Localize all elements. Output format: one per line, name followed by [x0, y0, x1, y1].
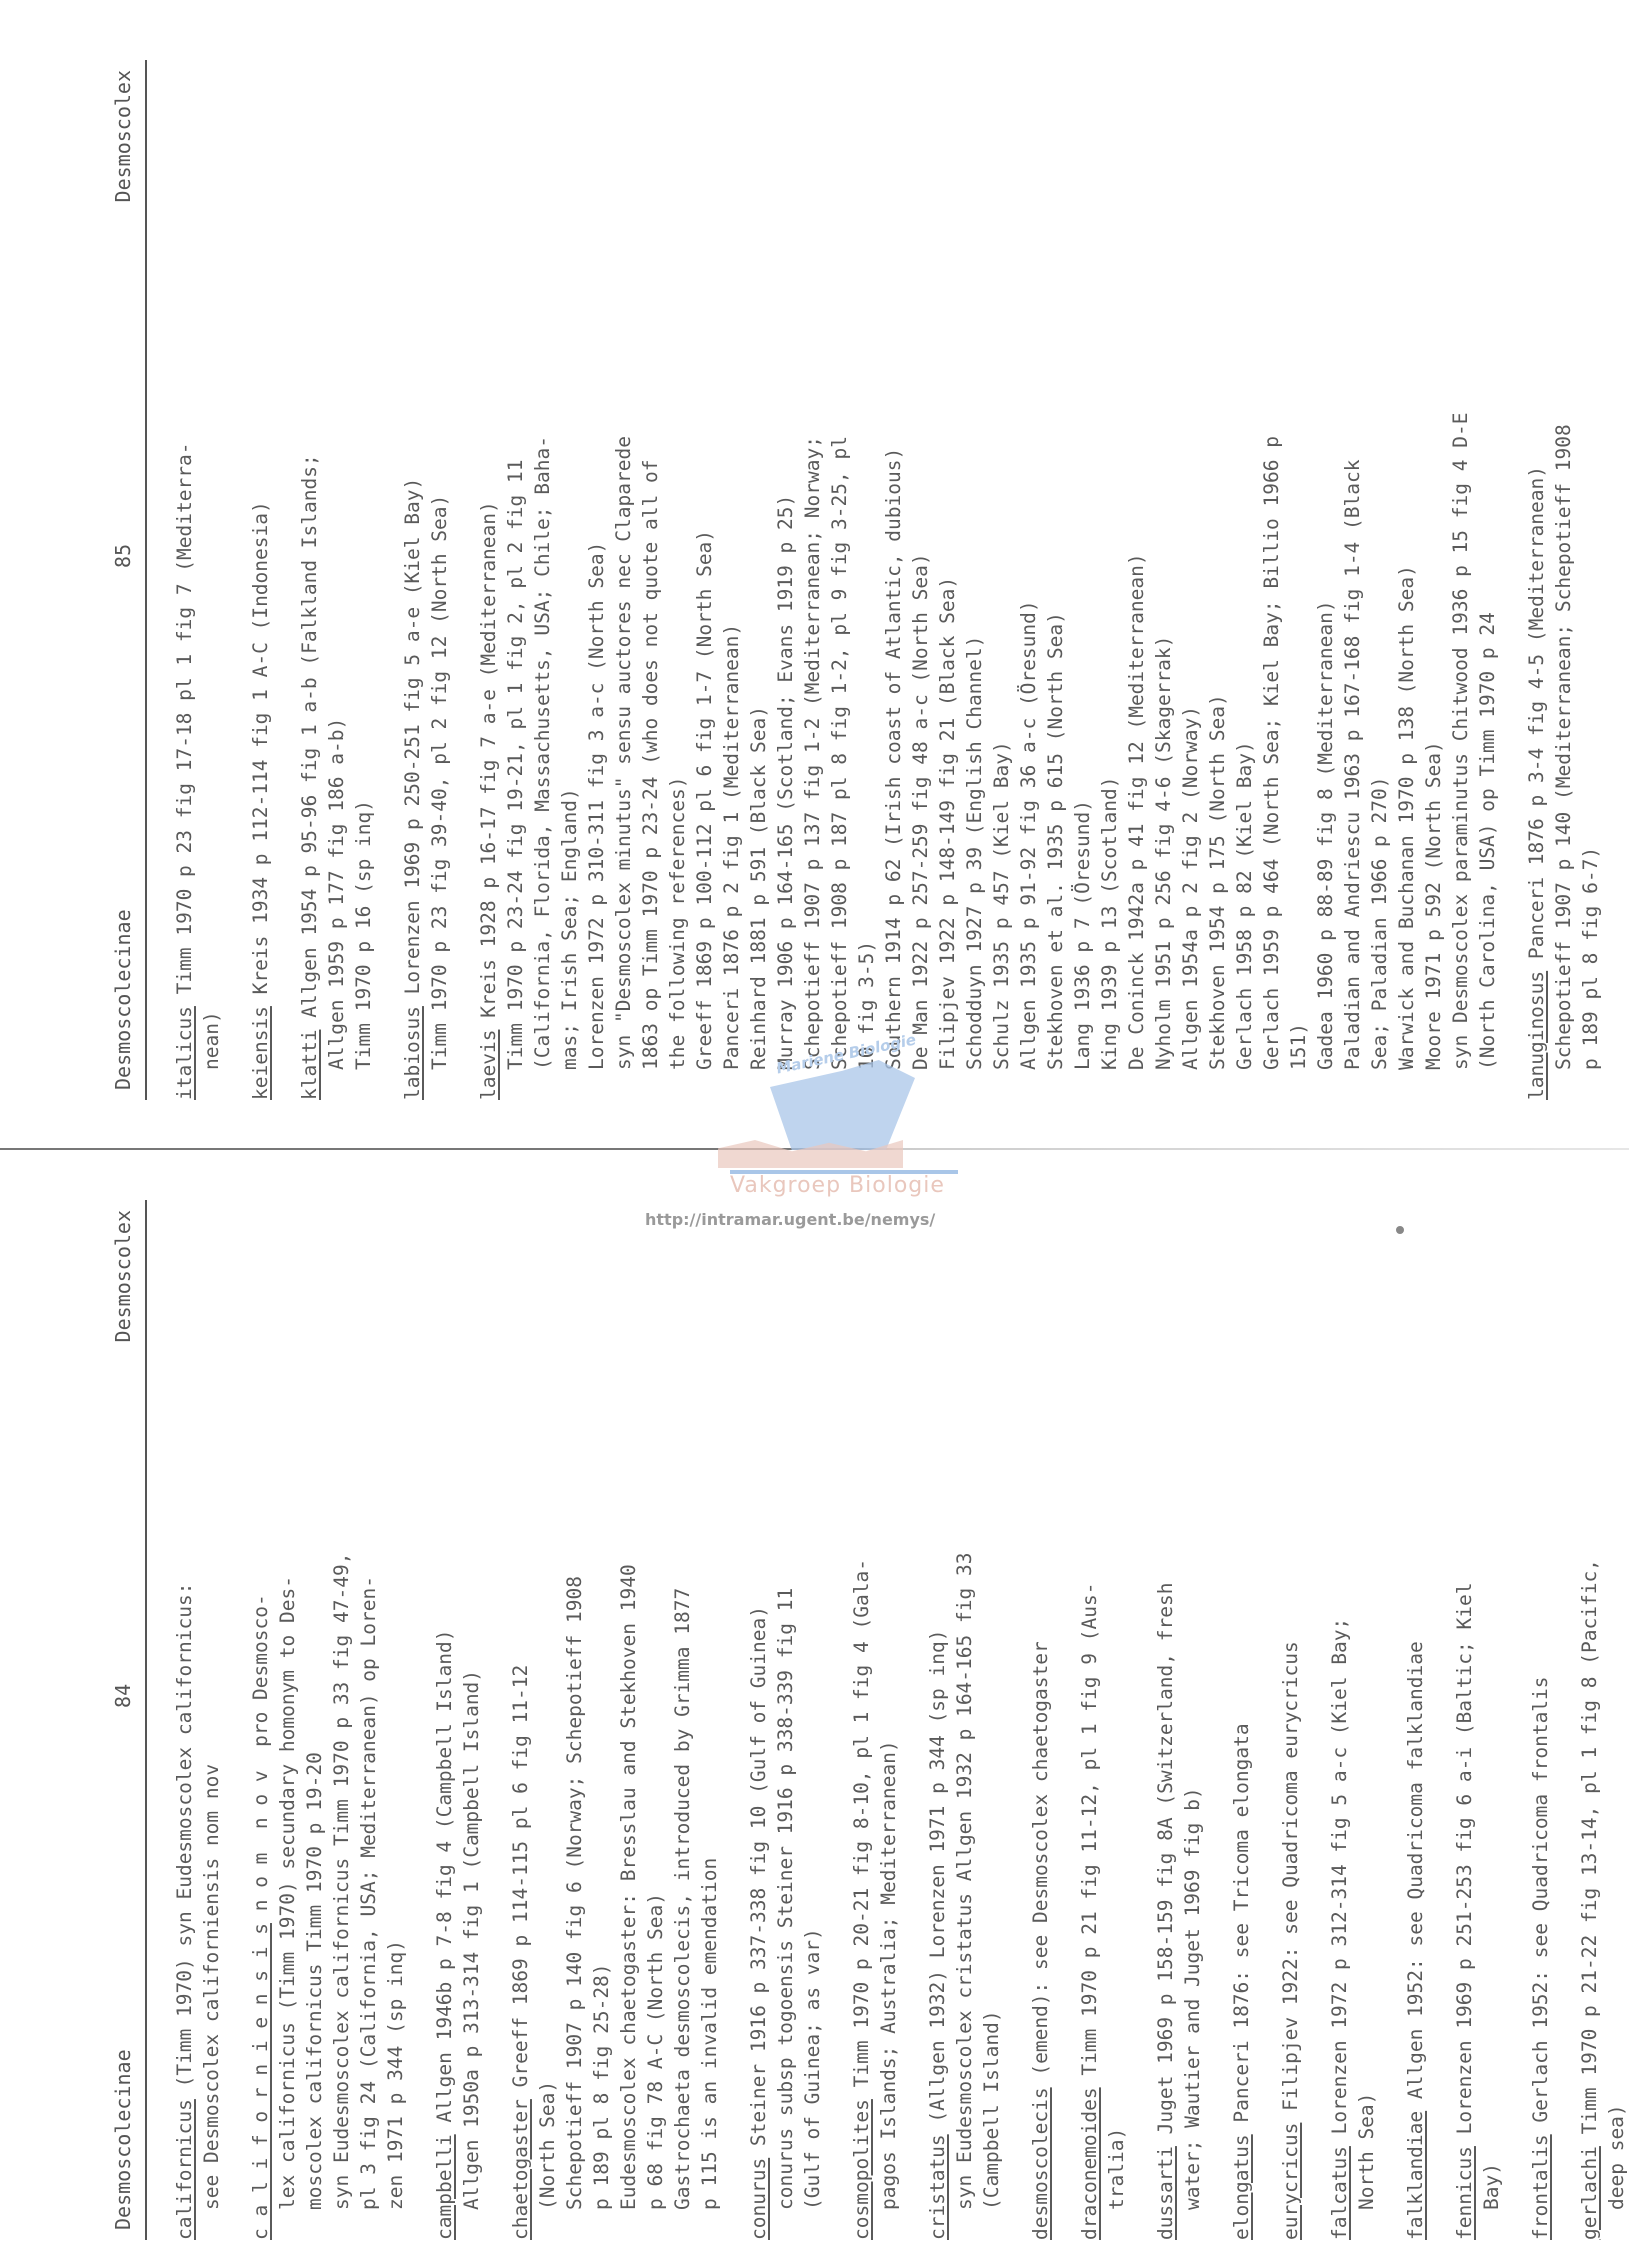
entry-continuation-line: p 189 pl 8 fig 6-7)	[1577, 60, 1604, 1100]
species-name: italicus	[173, 1006, 196, 1100]
entry-continuation-line: Gerlach 1958 p 82 (Kiel Bay)	[1231, 60, 1258, 1100]
species-name: cristatus	[926, 2134, 949, 2240]
watermark-subtitle: Vakgroep Biologie	[730, 1173, 958, 1198]
species-name: campbelli	[433, 2134, 456, 2240]
entry-continuation-line: Allgen 1954a p 2 fig 2 (Norway)	[1177, 60, 1204, 1100]
entry-continuation-line: the following references)	[664, 60, 691, 1100]
species-name: dussarti	[1154, 2146, 1177, 2240]
species-list: italicus Timm 1970 p 23 fig 17-18 pl 1 f…	[171, 60, 1604, 1100]
species-entry: frontalis Gerlach 1952: see Quadricoma f…	[1527, 1200, 1554, 2240]
entry-first-line: elongatus Panceri 1876: see Tricoma elon…	[1228, 1200, 1255, 2240]
entry-continuation-line: Reinhard 1881 p 591 (Black Sea)	[745, 60, 772, 1100]
species-entry: desmoscolecis (emend): see Desmoscolex c…	[1027, 1200, 1054, 2240]
species-entry: falcatus Lorenzen 1972 p 312-314 fig 5 a…	[1326, 1200, 1380, 2240]
entry-continuation-line: (North Sea)	[534, 1200, 561, 2240]
species-name: klatti	[298, 1030, 321, 1100]
entry-continuation-line: Eudesmoscolex chaetogaster: Bresslau and…	[615, 1200, 642, 2240]
watermark-url: http://intramar.ugent.be/nemys/	[645, 1210, 935, 1229]
entry-continuation-line: Schepotieff 1907 p 137 fig 1-2 (Mediterr…	[799, 60, 826, 1100]
species-entry: fennicus Lorenzen 1969 p 251-253 fig 6 a…	[1451, 1200, 1505, 2240]
entry-continuation-line: deep sea)	[1603, 1200, 1629, 2240]
species-name: c a l i f o r n i e n s i s	[249, 1923, 272, 2240]
entry-first-line: lanuginosus Panceri 1876 p 3-4 fig 4-5 (…	[1523, 60, 1550, 1100]
species-entry: eurycricus Filipjev 1922: see Quadricoma…	[1277, 1200, 1304, 2240]
species-entry: laevis Kreis 1928 p 16-17 fig 7 a-e (Med…	[475, 60, 1501, 1100]
entry-continuation-line: (California, Florida, Massachusetts, USA…	[529, 60, 556, 1100]
entry-continuation-line: Allgen 1950a p 313-314 fig 1 (Campbell I…	[458, 1200, 485, 2240]
entry-continuation-line: Stekhoven et al. 1935 p 615 (North Sea)	[1042, 60, 1069, 1100]
species-entry: draconemoides Timm 1970 p 21 fig 11-12, …	[1076, 1200, 1130, 2240]
entry-continuation-line: North Sea)	[1353, 1200, 1380, 2240]
species-entry: cristatus (Allgen 1932) Lorenzen 1971 p …	[924, 1200, 1005, 2240]
entry-continuation-line: p 189 pl 8 fig 25-28)	[588, 1200, 615, 2240]
entry-first-line: klatti Allgen 1954 p 95-96 fig 1 a-b (Fa…	[296, 60, 323, 1100]
entry-first-line: c a l i f o r n i e n s i s n o m n o v …	[247, 1200, 274, 2240]
entry-continuation-line: (North Carolina, USA) op Timm 1970 p 24	[1474, 60, 1501, 1100]
species-entry: californicus (Timm 1970) syn Eudesmoscol…	[171, 1200, 225, 2240]
species-name: frontalis	[1529, 2134, 1552, 2240]
entry-first-line: desmoscolecis (emend): see Desmoscolex c…	[1027, 1200, 1054, 2240]
species-entry: chaetogaster Greeff 1869 p 114-115 pl 6 …	[507, 1200, 723, 2240]
entry-first-line: cristatus (Allgen 1932) Lorenzen 1971 p …	[924, 1200, 951, 2240]
entry-continuation-line: King 1939 p 13 (Scotland)	[1096, 60, 1123, 1100]
entry-first-line: cosmopolites Timm 1970 p 20-21 fig 8-10,…	[848, 1200, 875, 2240]
entry-continuation-line: nean)	[198, 60, 225, 1100]
species-name: californicus	[173, 2099, 196, 2240]
species-entry: labiosus Lorenzen 1969 p 250-251 fig 5 a…	[399, 60, 453, 1100]
species-name: laevis	[477, 1030, 500, 1100]
entry-continuation-line: Sea; Paladian 1966 p 270)	[1366, 60, 1393, 1100]
species-entry: elongatus Panceri 1876: see Tricoma elon…	[1228, 1200, 1255, 2240]
entry-first-line: chaetogaster Greeff 1869 p 114-115 pl 6 …	[507, 1200, 534, 2240]
entry-first-line: italicus Timm 1970 p 23 fig 17-18 pl 1 f…	[171, 60, 198, 1100]
species-entry: italicus Timm 1970 p 23 fig 17-18 pl 1 f…	[171, 60, 225, 1100]
species-entry: dussarti Juget 1969 p 158-159 fig 8A (Sw…	[1152, 1200, 1206, 2240]
species-name: keiensis	[249, 1006, 272, 1100]
entry-continuation-line: Schulz 1935 p 457 (Kiel Bay)	[988, 60, 1015, 1100]
running-header: Desmoscolecinae 84 Desmoscolex	[110, 1200, 145, 2240]
entry-continuation-line: Stekhoven 1954 p 175 (North Sea)	[1204, 60, 1231, 1100]
species-name: falcatus	[1328, 2146, 1351, 2240]
entry-continuation-line: pagos Islands; Australia; Mediterranean)	[875, 1200, 902, 2240]
entry-continuation-line: Lorenzen 1972 p 310-311 fig 3 a-c (North…	[583, 60, 610, 1100]
entry-continuation-line: Murray 1906 p 164-165 (Scotland; Evans 1…	[772, 60, 799, 1100]
entry-continuation-line: Allgen 1959 p 177 fig 186 a-b)	[323, 60, 350, 1100]
entry-first-line: laevis Kreis 1928 p 16-17 fig 7 a-e (Med…	[475, 60, 502, 1100]
entry-continuation-line: Moore 1971 p 592 (North Sea)	[1420, 60, 1447, 1100]
entry-continuation-line: tralia)	[1103, 1200, 1130, 2240]
species-name: draconemoides	[1078, 2087, 1101, 2240]
entry-first-line: falklandiae Allgen 1952: see Quadricoma …	[1402, 1200, 1429, 2240]
species-entry: c a l i f o r n i e n s i s n o m n o v …	[247, 1200, 409, 2240]
species-name: conurus	[747, 2158, 770, 2240]
species-name: elongatus	[1230, 2134, 1253, 2240]
header-rule	[145, 60, 147, 1100]
entry-first-line: conurus Steiner 1916 p 337-338 fig 10 (G…	[745, 1200, 772, 2240]
species-entry: cosmopolites Timm 1970 p 20-21 fig 8-10,…	[848, 1200, 902, 2240]
scan-speck	[1396, 1226, 1404, 1234]
header-genus: Desmoscolex	[110, 1210, 137, 1342]
entry-continuation-line: Bay)	[1478, 1200, 1505, 2240]
species-name: gerlachi	[1578, 2146, 1601, 2240]
entry-continuation-line: Greeff 1869 p 100-112 pl 6 fig 1-7 (Nort…	[691, 60, 718, 1100]
species-name: cosmopolites	[850, 2099, 873, 2240]
entry-continuation-line: lex californicus (Timm 1970) secundary h…	[274, 1200, 301, 2240]
entry-continuation-line: Panceri 1876 p 2 fig 1 (Mediterranean)	[718, 60, 745, 1100]
entry-continuation-line: Gastrochaeta desmoscolecis, introduced b…	[669, 1200, 696, 2240]
entry-continuation-line: Timm 1970 p 16 (sp inq)	[350, 60, 377, 1100]
entry-first-line: frontalis Gerlach 1952: see Quadricoma f…	[1527, 1200, 1554, 2240]
entry-continuation-line: 151)	[1285, 60, 1312, 1100]
watermark-logo: Mariene Biologie Vakgroep Biologie http:…	[600, 1040, 980, 1240]
species-entry: conurus Steiner 1916 p 337-338 fig 10 (G…	[745, 1200, 826, 2240]
species-entry: klatti Allgen 1954 p 95-96 fig 1 a-b (Fa…	[296, 60, 377, 1100]
species-name: eurycricus	[1279, 2123, 1302, 2240]
page-85: Desmoscolecinae 85 Desmoscolex italicus …	[110, 60, 1610, 1100]
entry-first-line: eurycricus Filipjev 1922: see Quadricoma…	[1277, 1200, 1304, 2240]
entry-continuation-line: Warwick and Buchanan 1970 p 138 (North S…	[1393, 60, 1420, 1100]
entry-continuation-line: see Desmoscolex californiensis nom nov	[198, 1200, 225, 2240]
entry-continuation-line: p 115 is an invalid emendation	[696, 1200, 723, 2240]
entry-first-line: dussarti Juget 1969 p 158-159 fig 8A (Sw…	[1152, 1200, 1179, 2240]
species-name: fennicus	[1453, 2146, 1476, 2240]
entry-continuation-line: De Man 1922 p 257-259 fig 48 a-c (North …	[907, 60, 934, 1100]
entry-continuation-line: syn "Desmoscolex minutus" sensu auctores…	[610, 60, 637, 1100]
species-entry: falklandiae Allgen 1952: see Quadricoma …	[1402, 1200, 1429, 2240]
entry-continuation-line: conurus subsp togoensis Steiner 1916 p 3…	[772, 1200, 799, 2240]
entry-continuation-line: Schodduyn 1927 p 39 (English Channel)	[961, 60, 988, 1100]
running-header: Desmoscolecinae 85 Desmoscolex	[110, 60, 145, 1100]
entry-continuation-line: mas; Irish Sea; England)	[556, 60, 583, 1100]
entry-continuation-line: moscolex californicus Timm 1970 p 19-20	[301, 1200, 328, 2240]
entry-continuation-line: water; Wautier and Juget 1969 fig b)	[1179, 1200, 1206, 2240]
entry-continuation-line: Timm 1970 p 23 fig 39-40, pl 2 fig 12 (N…	[426, 60, 453, 1100]
entry-continuation-line: Schepotieff 1908 p 187 pl 8 fig 1-2, pl …	[826, 60, 853, 1100]
entry-first-line: fennicus Lorenzen 1969 p 251-253 fig 6 a…	[1451, 1200, 1478, 2240]
species-name: chaetogaster	[509, 2099, 532, 2240]
entry-continuation-line: zen 1971 p 344 (sp inq)	[382, 1200, 409, 2240]
page-84: Desmoscolecinae 84 Desmoscolex californi…	[110, 1200, 1610, 2240]
species-name: labiosus	[401, 1006, 424, 1100]
entry-first-line: falcatus Lorenzen 1972 p 312-314 fig 5 a…	[1326, 1200, 1353, 2240]
entry-first-line: gerlachi Timm 1970 p 21-22 fig 13-14, pl…	[1576, 1200, 1603, 2240]
entry-first-line: californicus (Timm 1970) syn Eudesmoscol…	[171, 1200, 198, 2240]
entry-continuation-line: 1863 op Timm 1970 p 23-24 (who does not …	[637, 60, 664, 1100]
species-entry: campbelli Allgen 1946b p 7-8 fig 4 (Camp…	[431, 1200, 485, 2240]
entry-continuation-line: Schepotieff 1907 p 140 fig 6 (Norway; Sc…	[561, 1200, 588, 2240]
entry-continuation-line: syn Eudesmoscolex cristatus Allgen 1932 …	[951, 1200, 978, 2240]
header-genus: Desmoscolex	[110, 70, 137, 202]
entry-continuation-line: Gerlach 1959 p 464 (North Sea; Kiel Bay;…	[1258, 60, 1285, 1100]
header-subfamily: Desmoscolecinae	[110, 909, 137, 1090]
species-name: falklandiae	[1404, 2111, 1427, 2240]
entry-continuation-line: Paladian and Andriescu 1963 p 167-168 fi…	[1339, 60, 1366, 1100]
header-rule	[145, 1200, 147, 2240]
entry-first-line: campbelli Allgen 1946b p 7-8 fig 4 (Camp…	[431, 1200, 458, 2240]
header-subfamily: Desmoscolecinae	[110, 2049, 137, 2230]
entry-continuation-line: (Gulf of Guinea; as var)	[799, 1200, 826, 2240]
entry-continuation-line: Southern 1914 p 62 (Irish coast of Atlan…	[880, 60, 907, 1100]
entry-continuation-line: 10 fig 3-5)	[853, 60, 880, 1100]
entry-first-line: draconemoides Timm 1970 p 21 fig 11-12, …	[1076, 1200, 1103, 2240]
entry-continuation-line: pl 3 fig 24 (California, USA; Mediterran…	[355, 1200, 382, 2240]
page-number: 84	[110, 1684, 137, 1708]
entry-first-line: labiosus Lorenzen 1969 p 250-251 fig 5 a…	[399, 60, 426, 1100]
species-name: desmoscolecis	[1029, 2087, 1052, 2240]
entry-continuation-line: syn Desmoscolex paraminutus Chitwood 193…	[1447, 60, 1474, 1100]
entry-continuation-line: Allgen 1935 p 91-92 fig 36 a-c (Öresund)	[1015, 60, 1042, 1100]
entry-continuation-line: p 68 fig 78 A-C (North Sea)	[642, 1200, 669, 2240]
species-entry: lanuginosus Panceri 1876 p 3-4 fig 4-5 (…	[1523, 60, 1604, 1100]
entry-continuation-line: Schepotieff 1907 p 140 (Mediterranean; S…	[1550, 60, 1577, 1100]
entry-continuation-line: Filipjev 1922 p 148-149 fig 21 (Black Se…	[934, 60, 961, 1100]
entry-continuation-line: (Campbell Island)	[978, 1200, 1005, 2240]
entry-continuation-line: Lang 1936 p 7 (Öresund)	[1069, 60, 1096, 1100]
entry-continuation-line: Gadea 1960 p 88-89 fig 8 (Mediterranean)	[1312, 60, 1339, 1100]
entry-continuation-line: De Coninck 1942a p 41 fig 12 (Mediterran…	[1123, 60, 1150, 1100]
species-entry: keiensis Kreis 1934 p 112-114 fig 1 A-C …	[247, 60, 274, 1100]
species-name: lanuginosus	[1525, 971, 1548, 1100]
entry-continuation-line: syn Eudesmoscolex californicus Timm 1970…	[328, 1200, 355, 2240]
entry-continuation-line: Timm 1970 p 23-24 fig 19-21, pl 1 fig 2,…	[502, 60, 529, 1100]
entry-continuation-line: Nyholm 1951 p 256 fig 4-6 (Skagerrak)	[1150, 60, 1177, 1100]
species-list: californicus (Timm 1970) syn Eudesmoscol…	[171, 1200, 1629, 2240]
entry-first-line: keiensis Kreis 1934 p 112-114 fig 1 A-C …	[247, 60, 274, 1100]
species-entry: gerlachi Timm 1970 p 21-22 fig 13-14, pl…	[1576, 1200, 1629, 2240]
page-number: 85	[110, 544, 137, 568]
